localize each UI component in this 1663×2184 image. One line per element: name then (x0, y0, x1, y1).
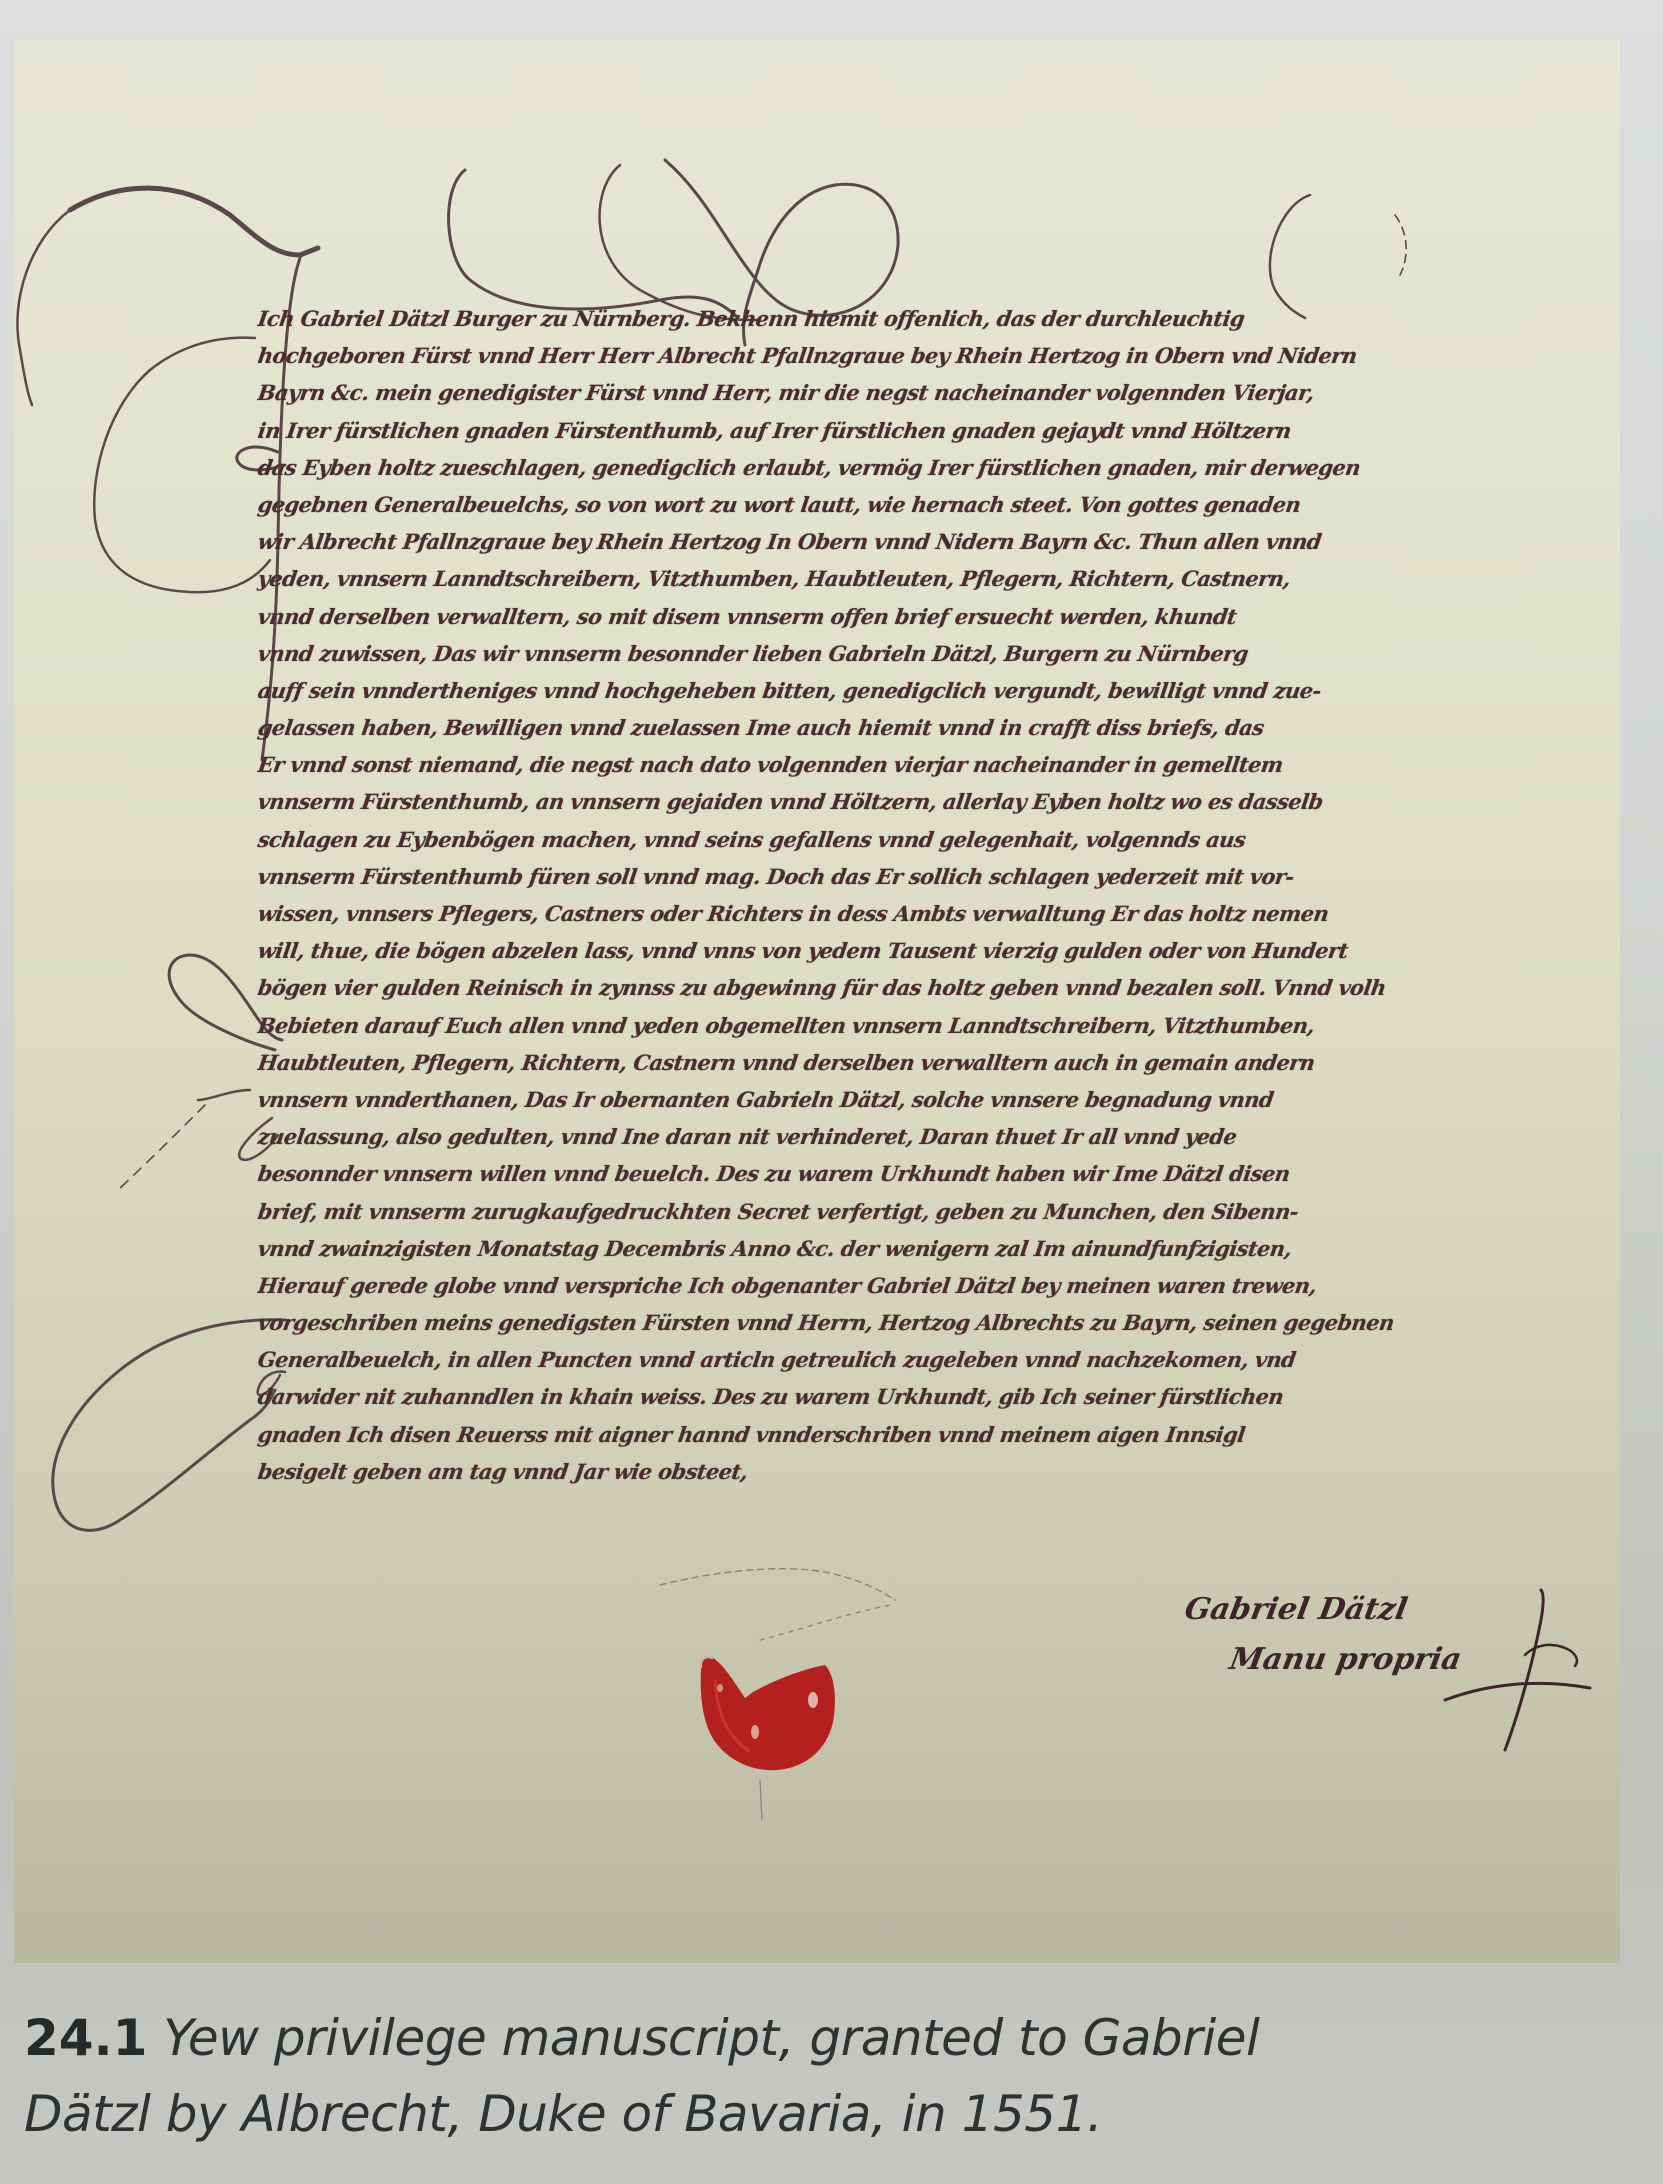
manuscript-line: brief, mit vnnserm zurugkaufgedruckhten … (255, 1193, 1520, 1230)
manuscript-line: wir Albrecht Pfallnzgraue bey Rhein Hert… (255, 523, 1520, 560)
manuscript-line: will, thue, die bögen abzelen lass, vnnd… (255, 932, 1520, 969)
manuscript-line: gegebnen Generalbeuelchs, so von wort zu… (255, 486, 1520, 523)
manuscript-line: Bayrn &c. mein genedigister Fürst vnnd H… (255, 374, 1520, 411)
manuscript-line: hochgeboren Fürst vnnd Herr Herr Albrech… (255, 337, 1520, 374)
caption-line-1: 24.1 Yew privilege manuscript, granted t… (24, 2000, 1424, 2076)
manuscript-line: auff sein vnndertheniges vnnd hochgehebe… (255, 672, 1520, 709)
manuscript-line: vnnserm Fürstenthumb, an vnnsern gejaide… (255, 783, 1520, 820)
caption-text-1: Yew privilege manuscript, granted to Gab… (163, 2009, 1259, 2067)
caption-line-2: Dätzl by Albrecht, Duke of Bavaria, in 1… (24, 2076, 1424, 2152)
manuscript-line: vnnd zwainzigisten Monatstag Decembris A… (255, 1230, 1520, 1267)
manuscript-line: Generalbeuelch, in allen Puncten vnnd ar… (255, 1341, 1520, 1378)
manuscript-line: wissen, vnnsers Pflegers, Castners oder … (255, 895, 1520, 932)
manuscript-line: zuelassung, also gedulten, vnnd Ine dara… (255, 1118, 1520, 1155)
manuscript-line: darwider nit zuhanndlen in khain weiss. … (255, 1378, 1520, 1415)
figure-caption: 24.1 Yew privilege manuscript, granted t… (24, 2000, 1424, 2152)
manuscript-line: das Eyben holtz zueschlagen, genedigclic… (255, 449, 1520, 486)
signature: Gabriel Dätzl Manu propria (1185, 1570, 1605, 1760)
manuscript-line: vnnsern vnnderthanen, Das Ir obernanten … (255, 1081, 1520, 1118)
manuscript-line: besonnder vnnsern willen vnnd beuelch. D… (255, 1155, 1520, 1192)
manuscript-line: gnaden Ich disen Reuerss mit aigner hann… (255, 1416, 1520, 1453)
manuscript-line: vorgeschriben meins genedigsten Fürsten … (255, 1304, 1520, 1341)
manuscript-line: Er vnnd sonst niemand, die negst nach da… (255, 746, 1520, 783)
manuscript-line: vnnserm Fürstenthumb füren soll vnnd mag… (255, 858, 1520, 895)
manuscript-line: vnnd derselben verwalltern, so mit disem… (255, 598, 1520, 635)
manuscript-line: gelassen haben, Bewilligen vnnd zuelasse… (255, 709, 1520, 746)
manuscript-line: yeden, vnnsern Lanndtschreibern, Vitzthu… (255, 560, 1520, 597)
wax-seal-icon (695, 1640, 840, 1775)
caption-text-2: Dätzl by Albrecht, Duke of Bavaria, in 1… (24, 2085, 1102, 2143)
manuscript-body: Ich Gabriel Dätzl Burger zu Nürnberg. Be… (258, 300, 1518, 1490)
manuscript-line: Bebieten darauf Euch allen vnnd yeden ob… (255, 1007, 1520, 1044)
figure-number: 24.1 (24, 2009, 147, 2067)
manuscript-line: besigelt geben am tag vnnd Jar wie obste… (255, 1453, 1520, 1490)
manuscript-line: in Irer fürstlichen gnaden Fürstenthumb,… (255, 412, 1520, 449)
manuscript-line: Hierauf gerede globe vnnd verspriche Ich… (255, 1267, 1520, 1304)
manuscript-line: Haubtleuten, Pflegern, Richtern, Castner… (255, 1044, 1520, 1081)
manuscript-line: bögen vier gulden Reinisch in zynnss zu … (255, 969, 1520, 1006)
signature-name: Gabriel Dätzl (1182, 1592, 1410, 1627)
manuscript-line: Ich Gabriel Dätzl Burger zu Nürnberg. Be… (255, 300, 1520, 337)
manuscript-line: schlagen zu Eybenbögen machen, vnnd sein… (255, 821, 1520, 858)
manuscript-line: vnnd zuwissen, Das wir vnnserm besonnder… (255, 635, 1520, 672)
signature-flourish-icon (1425, 1570, 1605, 1760)
